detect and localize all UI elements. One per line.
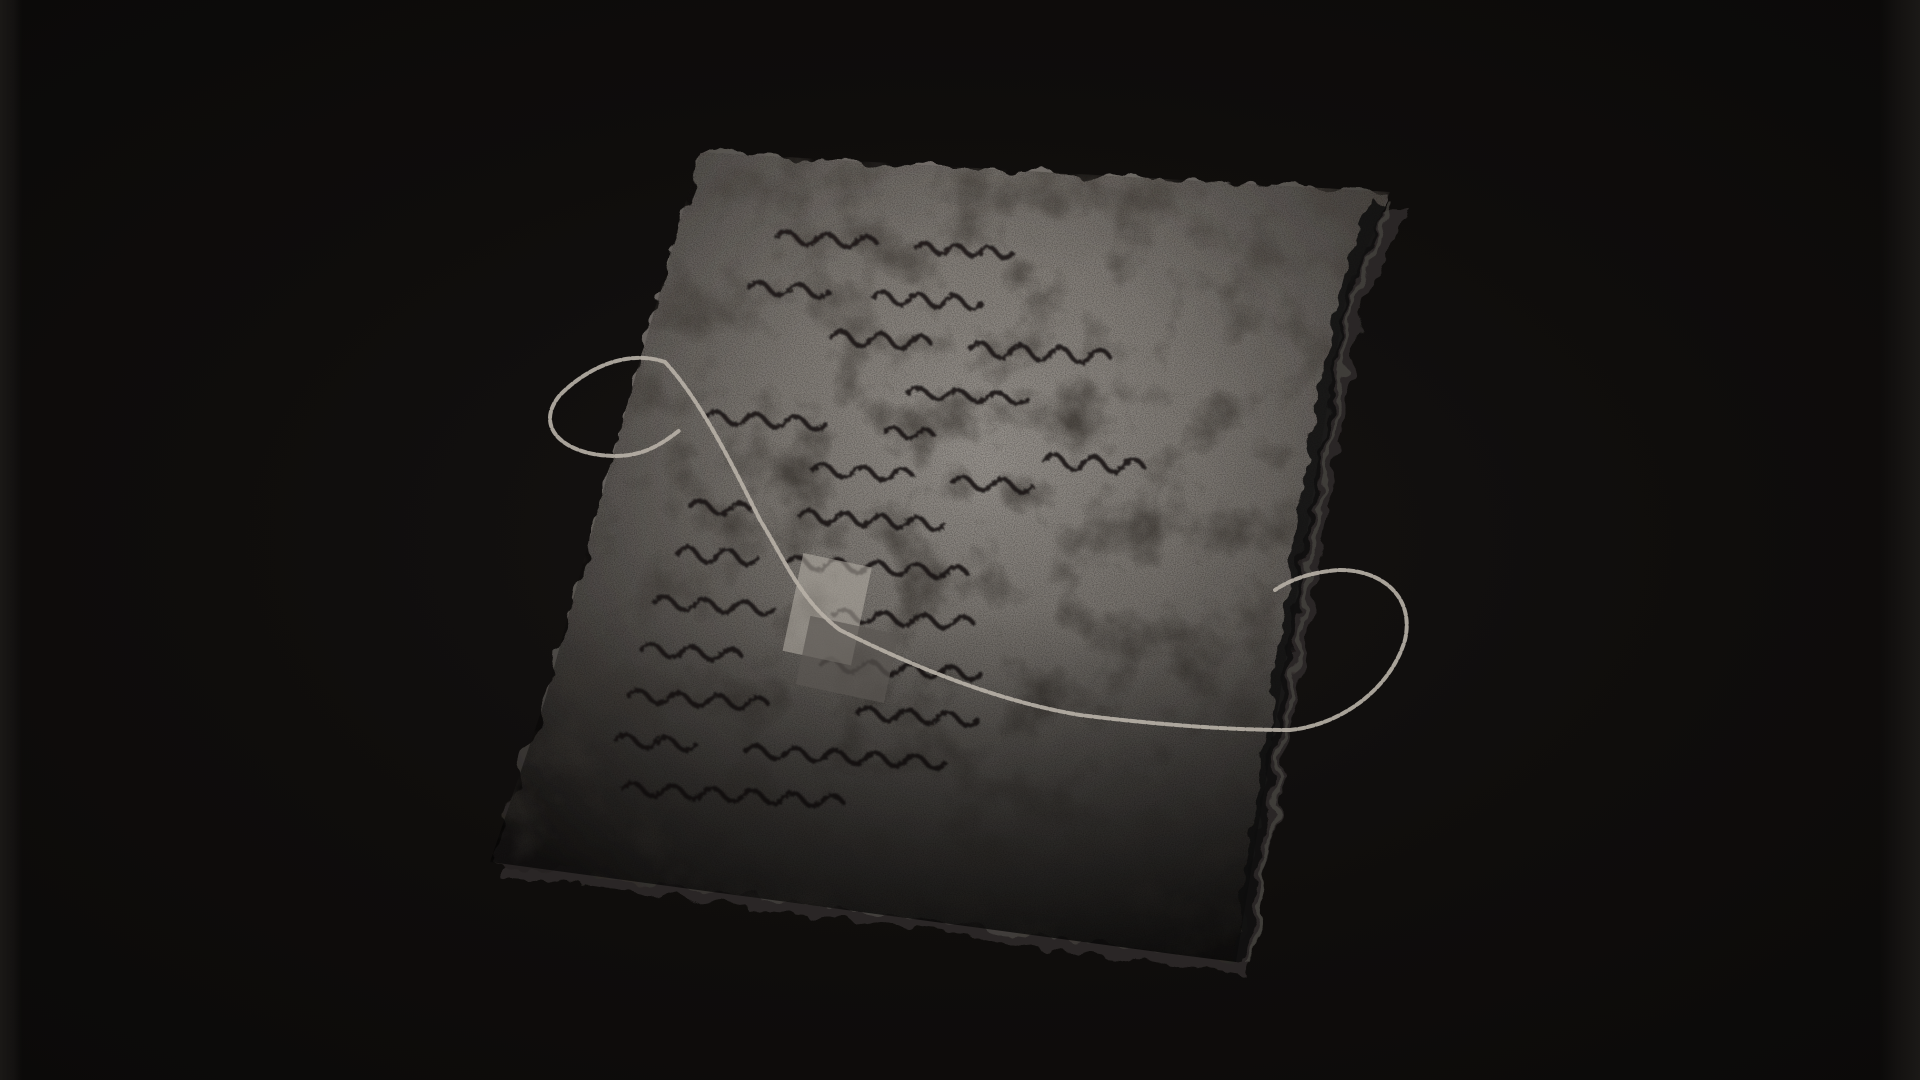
artwork-stage: A weathered, stained handwritten letter … (0, 0, 1920, 1080)
letter-illustration (0, 0, 1920, 1080)
